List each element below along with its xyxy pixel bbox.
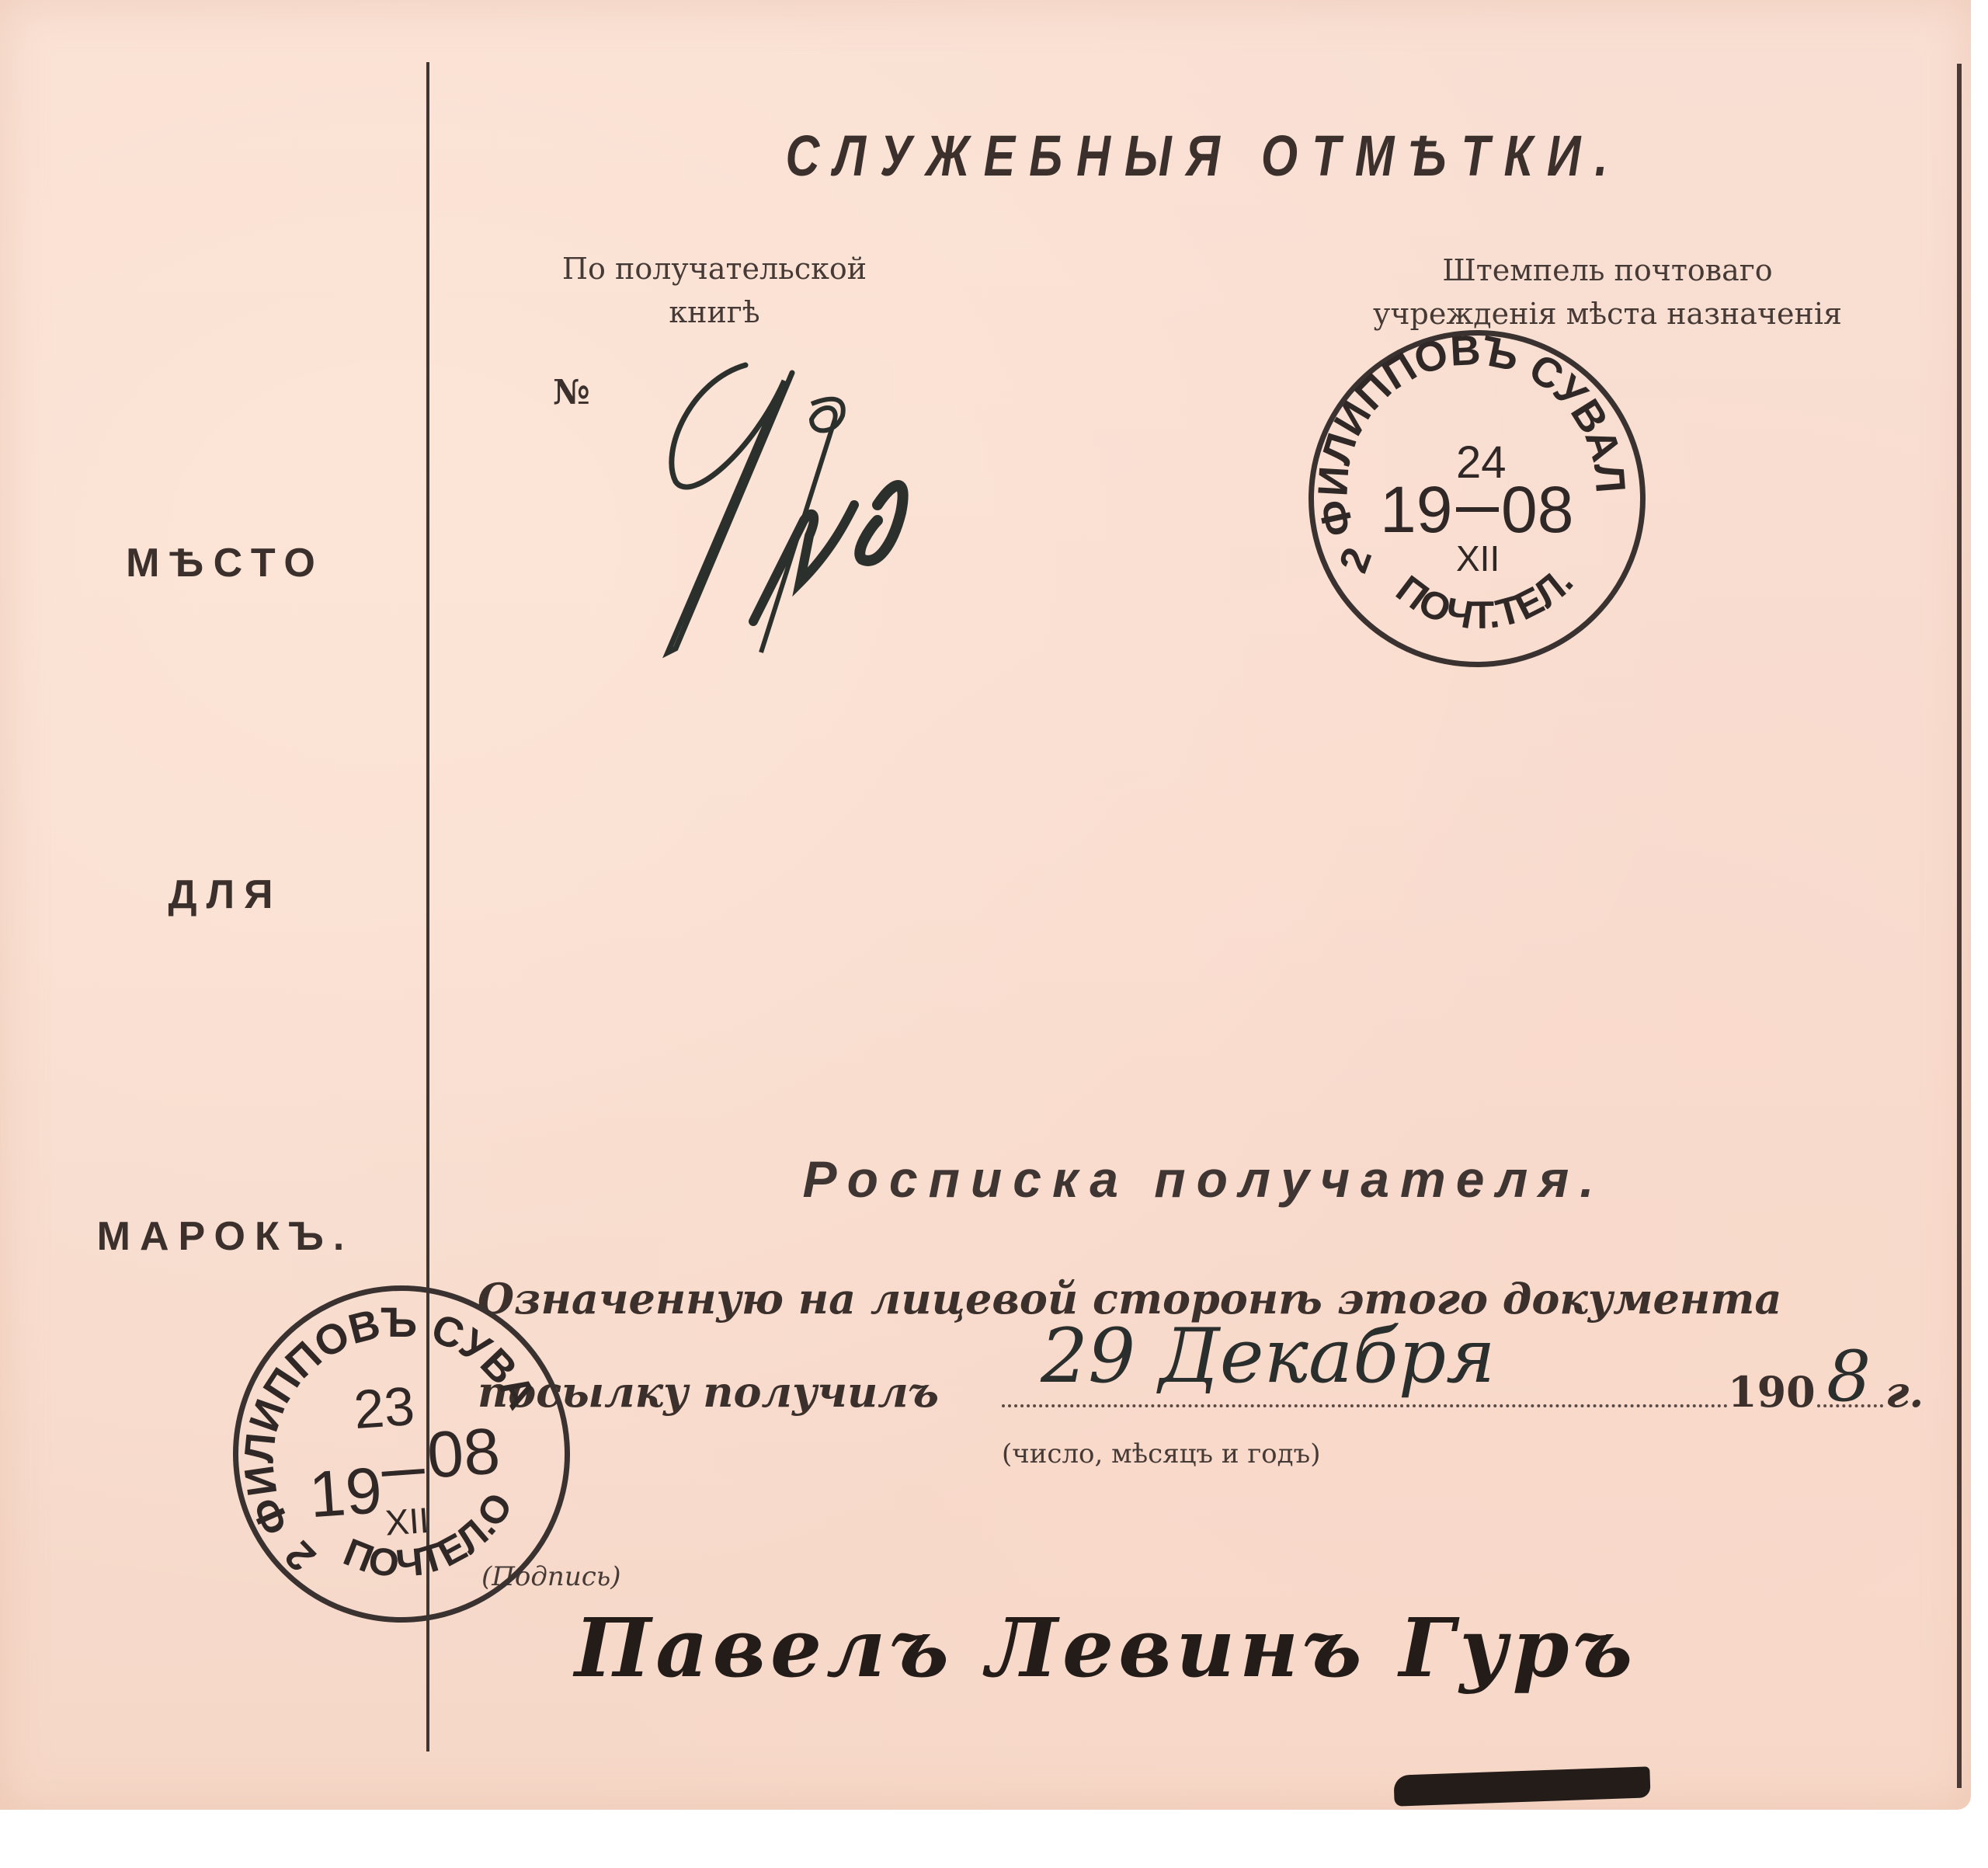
destination-postmark: ФИЛИППОВЪ СУВАЛК. ПОЧТ.ТЕЛ.ОТ. 2 24 19 0… — [1309, 330, 1646, 667]
postmark-year-right: 08 — [425, 1414, 502, 1491]
page-title: СЛУЖЕБНЫЯ ОТМѢТКИ. — [752, 123, 1656, 189]
postmark-year-right: 08 — [1501, 473, 1573, 546]
date-dotted-field[interactable] — [1002, 1404, 1728, 1407]
postmark-caption-line2: учрежденія мѣста назначенія — [1274, 292, 1941, 336]
postmark-office-number: 2 — [276, 1532, 325, 1580]
handwritten-year-digit: 8 — [1826, 1336, 1871, 1418]
receipt-book-caption-line1: По получательской — [497, 247, 932, 290]
margin-label-place: МѢСТО — [62, 540, 388, 586]
receipt-book-caption-line2: книгѣ — [497, 290, 932, 334]
postmark-icon: ФИЛИППОВЪ СУВАЛК.Г. ПОЧТЕЛ.ОТ. 2 23 19 0… — [221, 1274, 581, 1633]
postmark-month: XII — [1456, 538, 1500, 579]
postmark-day: 24 — [1456, 437, 1507, 488]
right-border-line — [1957, 64, 1962, 1788]
handwritten-signature[interactable]: Павелъ Левинъ Гуръ — [575, 1600, 1637, 1696]
margin-label-stamps: МАРОКЪ. — [62, 1213, 388, 1260]
postmark-month: XII — [384, 1500, 430, 1543]
date-hint: (число, мѣсяцъ и годъ) — [1002, 1438, 1320, 1470]
receipt-title: Росписка получателя. — [466, 1150, 1941, 1209]
margin-label-for: ДЛЯ — [62, 871, 388, 918]
postmark-caption-line1: Штемпель почтоваго — [1274, 249, 1941, 292]
year-abbrev: г. — [1885, 1367, 1924, 1417]
postmark-icon: ФИЛИППОВЪ СУВАЛК. ПОЧТ.ТЕЛ.ОТ. 2 24 19 0… — [1309, 330, 1646, 667]
handwritten-number-icon — [645, 350, 1033, 660]
postmark-caption: Штемпель почтоваго учрежденія мѣста назн… — [1274, 249, 1941, 336]
postmark-office-number: 2 — [1331, 542, 1381, 579]
postmark-year-left: 19 — [307, 1453, 384, 1531]
receipt-book-caption: По получательской книгѣ — [497, 247, 932, 334]
year-prefix: 190 — [1728, 1367, 1816, 1417]
number-sign: № — [553, 373, 590, 412]
title-container: СЛУЖЕБНЫЯ ОТМѢТКИ. — [652, 0, 1755, 233]
postmark-day: 23 — [352, 1376, 416, 1440]
postmark-year-left: 19 — [1380, 473, 1452, 546]
stamp-area-postmark: ФИЛИППОВЪ СУВАЛК.Г. ПОЧТЕЛ.ОТ. 2 23 19 0… — [221, 1274, 581, 1633]
handwritten-number-field[interactable] — [645, 350, 1033, 660]
handwritten-date: 29 Декабря — [1041, 1313, 1496, 1400]
